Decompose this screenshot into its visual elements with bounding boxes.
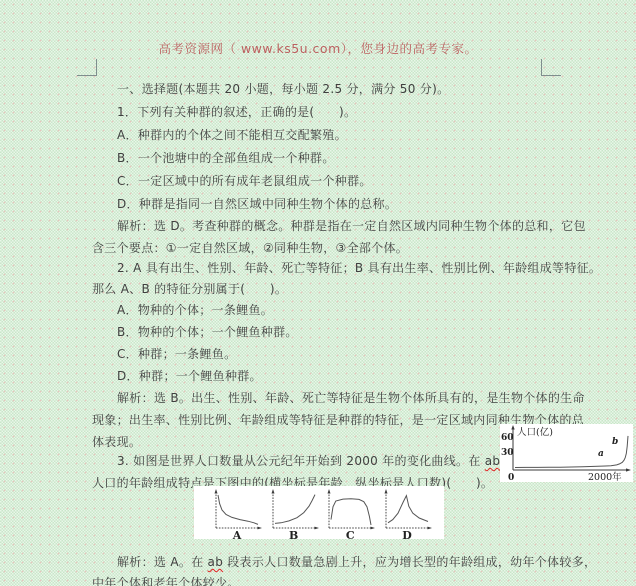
q1-option-d: D．种群是指同一自然区域中同种生物个体的总称。 [117, 195, 587, 211]
q2-analysis-line2: 现象；出生率、性别比例、年龄组成等特征是种群的特征，是一定区域内同种生物个体的总 [92, 411, 562, 427]
q3-analysis-line2: 中年个体和老年个体较少。 [92, 574, 562, 586]
panel-d-chart [380, 488, 434, 532]
panel-c-curve [331, 499, 371, 525]
q3-analysis-line1: 解析：选 A。在 ab 段表示人口数量急剧上升，应为增长型的年龄组成，幼年个体较… [117, 553, 587, 569]
ytick-30-label: 30 [501, 448, 514, 458]
q2-analysis-line1: 解析：选 B。出生、性别、年龄、死亡等特征是生物个体所具有的，是生物个体的生命 [117, 389, 587, 405]
q3-analysis-post: 段表示人口数量急剧上升，应为增长型的年龄组成，幼年个体较多， [223, 555, 596, 569]
panel-c: C [323, 488, 377, 542]
panel-c-y-arrow-icon [328, 489, 331, 494]
panel-d: D [380, 488, 434, 542]
population-chart-svg: 60 30 人口(亿) 0 2000年 a b [500, 424, 633, 482]
panel-d-label: D [380, 529, 434, 542]
q2-analysis-line3: 体表现。 [92, 433, 562, 449]
panel-c-label: C [323, 529, 377, 542]
ytick-60-label: 60 [501, 433, 514, 443]
q1-analysis-line1: 解析：选 D。考查种群的概念。种群是指在一定自然区域内同种生物个体的总和，它包 [117, 217, 587, 233]
q3-analysis-ab-term: ab [208, 555, 224, 569]
x-axis-arrow-icon [626, 468, 631, 471]
y-axis-title: 人口(亿) [517, 426, 553, 438]
section-title: 一、选择题(本题共 20 小题，每小题 2.5 分，满分 50 分)。 [117, 80, 587, 96]
point-a-label: a [598, 449, 604, 459]
panel-c-chart [323, 488, 377, 532]
panel-b-y-arrow-icon [271, 489, 274, 494]
crop-mark-top-right [541, 59, 561, 76]
point-b-label: b [612, 437, 618, 447]
q3-stem-pre: 3. 如图是世界人口数量从公元纪年开始到 2000 年的变化曲线。在 [117, 454, 485, 468]
panel-b: B [267, 488, 321, 542]
panel-a-label: A [210, 529, 264, 542]
site-slogan: 高考资源网（ www.ks5u.com），您身边的高考专家。 [0, 39, 636, 57]
panel-b-curve [275, 495, 315, 524]
q1-option-c: C．一定区域中的所有成年老鼠组成一个种群。 [117, 172, 587, 188]
q3-analysis-pre: 解析：选 A。在 [117, 555, 208, 569]
panel-a: A [210, 488, 264, 542]
q1-option-a: A．种群内的个体之间不能相互交配繁殖。 [117, 126, 587, 142]
x-axis-title: 2000年 [588, 471, 622, 482]
document-page: 高考资源网（ www.ks5u.com），您身边的高考专家。 一、选择题(本题共… [0, 0, 636, 586]
q1-option-b: B．一个池塘中的全部鱼组成一个种群。 [117, 149, 587, 165]
y-axis-arrow-icon [511, 425, 514, 430]
panel-b-chart [267, 488, 321, 532]
q2-option-a: A．物种的个体；一条鲤鱼。 [117, 301, 587, 317]
q2-option-c: C．种群；一条鲤鱼。 [117, 345, 587, 361]
q2-option-b: B．物种的个体；一个鲤鱼种群。 [117, 323, 587, 339]
population-growth-figure: 60 30 人口(亿) 0 2000年 a b [500, 424, 633, 482]
panel-b-label: B [267, 529, 321, 542]
q2-option-d: D．种群；一个鲤鱼种群。 [117, 367, 587, 383]
origin-label: 0 [508, 473, 514, 482]
q1-analysis-line2: 含三个要点：①一定自然区域，②同种生物，③全部个体。 [92, 239, 562, 255]
q1-stem: 1．下列有关种群的叙述，正确的是( )。 [117, 103, 587, 119]
crop-mark-top-left [77, 59, 97, 76]
panel-d-y-arrow-icon [384, 489, 387, 494]
q2-stem-line2: 那么 A、B 的特征分别属于( )。 [92, 280, 562, 296]
panel-a-curve [218, 495, 258, 524]
panel-a-y-arrow-icon [215, 489, 218, 494]
q3-ab-term: ab [485, 454, 501, 468]
age-structure-options-figure: A B C [194, 486, 444, 539]
panel-d-curve [388, 496, 428, 523]
q2-stem-line1: 2. A 具有出生、性别、年龄、死亡等特征；B 具有出生率、性别比例、年龄组成等… [117, 259, 587, 275]
panel-a-chart [210, 488, 264, 532]
